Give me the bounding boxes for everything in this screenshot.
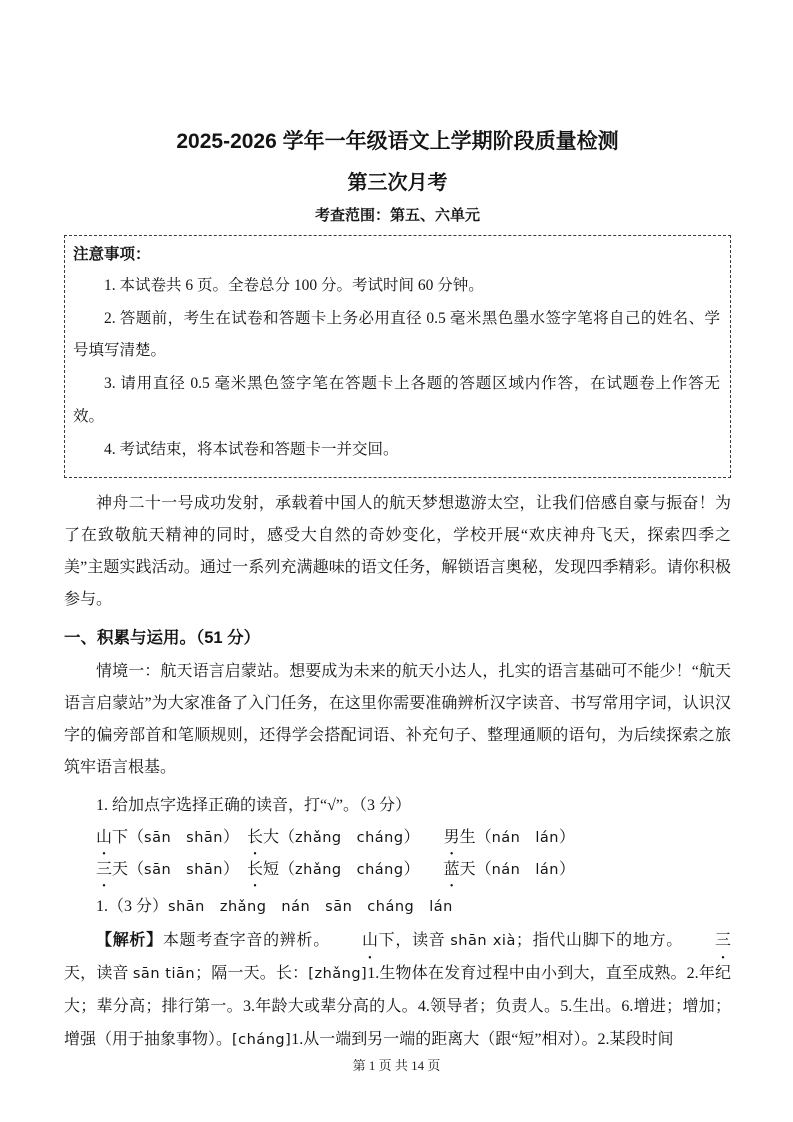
text-segment: ）	[223, 861, 247, 878]
notice-item-3: 3. 请用直径 0.5 毫米黑色签字笔在答题卡上各题的答题区域内作答，在试题卷上…	[73, 368, 720, 434]
scenario-paragraph: 情境一：航天语言启蒙站。想要成为未来的航天小达人，扎实的语言基础可不能少！“航天…	[64, 656, 731, 784]
emphasized-char: 长	[247, 854, 263, 886]
emphasized-char: 三	[96, 854, 112, 886]
notice-box: 注意事项： 1. 本试卷共 6 页。全卷总分 100 分。考试时间 60 分钟。…	[64, 235, 731, 478]
text-segment: 天（	[112, 861, 144, 878]
pinyin-text: shān zhǎng nán sān cháng lán	[168, 899, 453, 915]
pinyin-text: sān shān	[144, 830, 223, 846]
text-segment: ；指代山脚下的地方。	[516, 932, 683, 949]
pinyin-text: [cháng]	[232, 1032, 291, 1048]
pinyin-text: sān tiān	[133, 966, 195, 982]
question1-prompt: 1. 给加点字选择正确的读音，打“√”。（3 分）	[64, 790, 731, 822]
pinyin-text: sān shān	[144, 862, 223, 878]
text-segment: 天（	[460, 861, 492, 878]
emphasized-char: 蓝	[444, 854, 460, 886]
section1-heading: 一、积累与运用。（51 分）	[64, 624, 731, 654]
emphasized-char: 山	[96, 822, 112, 854]
text-segment: 大（	[263, 829, 295, 846]
text-segment: 生（	[460, 829, 492, 846]
text-segment: 本题考查字音的辨析。	[163, 932, 330, 949]
pinyin-text: nán lán	[492, 862, 559, 878]
text-segment: ）	[404, 829, 444, 846]
pinyin-text: shān xià	[450, 933, 516, 949]
notice-item-1: 1. 本试卷共 6 页。全卷总分 100 分。考试时间 60 分钟。	[73, 270, 720, 303]
emphasized-char: 男	[444, 822, 460, 854]
text-segment: 【解析】	[96, 932, 163, 949]
page-subtitle: 第三次月考	[64, 171, 731, 195]
intro-paragraph: 神舟二十一号成功发射，承载着中国人的航天梦想遨游太空，让我们倍感自豪与振奋！为了…	[64, 488, 731, 616]
text-segment: 天，读音	[64, 965, 133, 982]
question1-answer: 1.（3 分）shān zhǎng nán sān cháng lán	[64, 890, 731, 924]
emphasized-char: 长	[247, 822, 263, 854]
notice-heading: 注意事项：	[73, 240, 720, 269]
pinyin-text: zhǎng cháng	[295, 862, 404, 878]
question1-options-row-1: 山下（sān shān） 长大（zhǎng cháng） 男生（nán lán）	[64, 822, 731, 854]
text-segment: 下（	[112, 829, 144, 846]
text-segment: 下，读音	[378, 932, 450, 949]
text-segment: ）	[559, 861, 575, 878]
text-segment: ；隔一天。长：	[195, 965, 308, 982]
exam-scope: 考查范围：第五、六单元	[64, 207, 731, 225]
text-segment: 短（	[263, 861, 295, 878]
emphasized-char: 三	[683, 925, 731, 958]
text-segment: 1.（3 分）	[96, 898, 168, 915]
page-footer: 第 1 页 共 14 页	[0, 1055, 793, 1074]
emphasized-char: 山	[330, 925, 378, 958]
notice-item-2: 2. 答题前，考生在试卷和答题卡上务必用直径 0.5 毫米黑色墨水签字笔将自己的…	[73, 303, 720, 369]
text-segment: ）	[404, 861, 444, 878]
pinyin-text: zhǎng cháng	[295, 830, 404, 846]
text-segment: 1.从一端到另一端的距离大（跟“短”相对）。2.某段时间	[291, 1031, 673, 1048]
notice-item-4: 4. 考试结束，将本试卷和答题卡一并交回。	[73, 434, 720, 467]
exam-page: 2025-2026 学年一年级语文上学期阶段质量检测 第三次月考 考查范围：第五…	[0, 0, 793, 1122]
text-segment: ）	[223, 829, 247, 846]
pinyin-text: [zhǎng]	[308, 966, 367, 982]
pinyin-text: nán lán	[492, 830, 559, 846]
question1-options-row-2: 三天（sān shān） 长短（zhǎng cháng） 蓝天（nán lán）	[64, 854, 731, 886]
page-title: 2025-2026 学年一年级语文上学期阶段质量检测	[64, 128, 731, 155]
question1-analysis: 【解析】本题考查字音的辨析。山下，读音 shān xià；指代山脚下的地方。三天…	[64, 925, 731, 1056]
text-segment: ）	[559, 829, 575, 846]
